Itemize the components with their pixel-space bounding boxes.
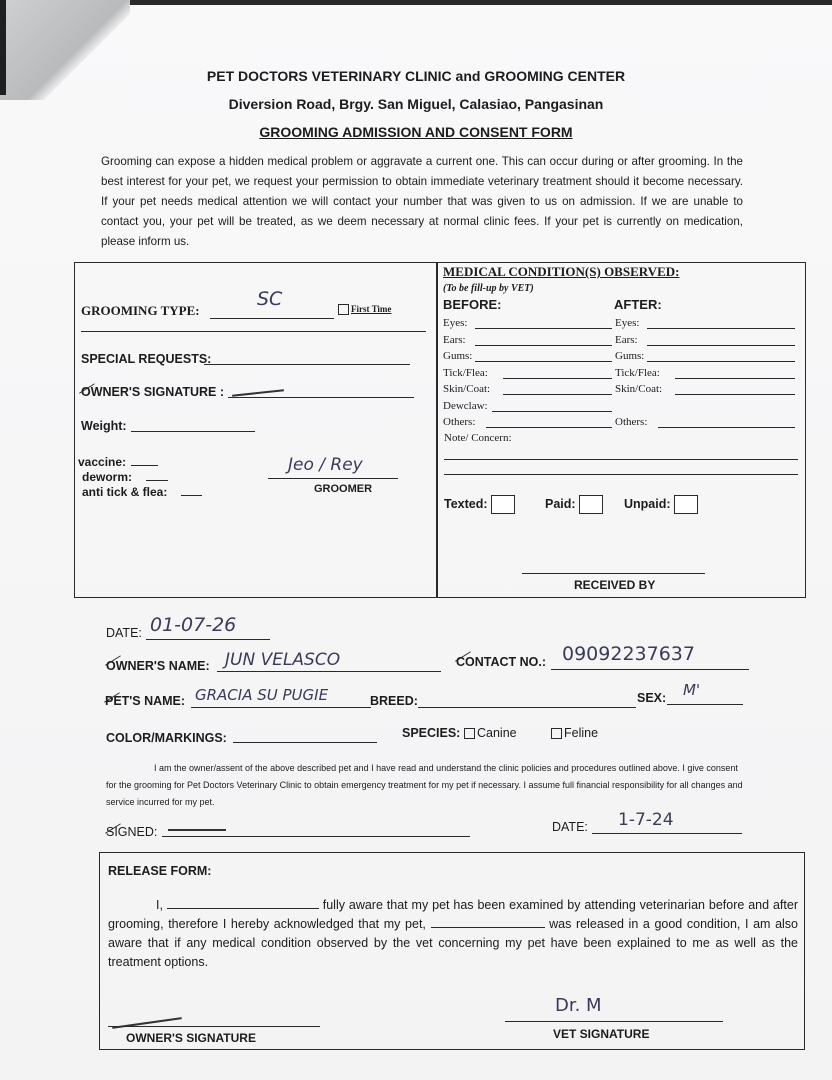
breed-label: BREED:: [370, 694, 418, 708]
species-label: SPECIES:: [402, 726, 460, 740]
texted-checkbox[interactable]: Texted:: [444, 495, 515, 514]
pet-name-label: PET'S NAME:: [105, 694, 185, 708]
before-field-input[interactable]: [503, 394, 612, 395]
before-field-input[interactable]: [503, 378, 612, 379]
release-text-1: I,: [156, 898, 167, 912]
after-field-label: Ears:: [615, 334, 638, 346]
consent-text: I am the owner/assent of the above descr…: [106, 760, 750, 811]
before-field-input[interactable]: [492, 411, 612, 412]
release-pet-field[interactable]: [431, 915, 545, 928]
paid-box[interactable]: [579, 495, 603, 514]
feline-label: Feline: [564, 726, 598, 740]
before-field-label: Dewclaw:: [443, 400, 488, 412]
clinic-address: Diversion Road, Brgy. San Miguel, Calasi…: [0, 96, 832, 112]
signed-field[interactable]: [162, 836, 470, 837]
species-feline-option[interactable]: Feline: [551, 726, 598, 740]
canine-label: Canine: [477, 726, 517, 740]
deworm-field[interactable]: [146, 480, 168, 481]
form-title: GROOMING ADMISSION AND CONSENT FORM: [0, 124, 832, 140]
release-owner-field[interactable]: [167, 896, 319, 909]
weight-field[interactable]: [131, 431, 255, 432]
texted-label: Texted:: [444, 497, 488, 511]
before-field-label: Eyes:: [443, 317, 467, 329]
groomer-value: Jeo / Rey: [288, 455, 363, 475]
before-field-input[interactable]: [475, 361, 612, 362]
before-field-input[interactable]: [475, 345, 612, 346]
signed-scribble: [168, 829, 226, 831]
received-by-label: RECEIVED BY: [574, 578, 655, 592]
contact-value: 09092237637: [562, 643, 695, 665]
unpaid-box[interactable]: [674, 495, 698, 514]
groomer-label: GROOMER: [314, 483, 372, 495]
special-requests-label: SPECIAL REQUESTS:: [81, 352, 211, 366]
contact-field[interactable]: [551, 669, 749, 670]
after-field-label: Eyes:: [615, 317, 639, 329]
after-label: AFTER:: [614, 297, 662, 312]
before-field-label: Others:: [443, 416, 475, 428]
species-canine-option[interactable]: Canine: [464, 726, 517, 740]
color-markings-field[interactable]: [233, 742, 377, 743]
before-field-label: Gums:: [443, 350, 472, 362]
consent-date-label: DATE:: [552, 820, 588, 834]
before-field-label: Skin/Coat:: [443, 383, 490, 395]
pet-name-value: GRACIA SU PUGIE: [195, 686, 328, 704]
folded-corner: [0, 0, 130, 100]
canine-checkbox[interactable]: [464, 728, 475, 739]
medical-subtitle: (To be fill-up by VET): [443, 283, 534, 294]
antitick-label: anti tick & flea:: [82, 485, 167, 499]
after-field-input[interactable]: [675, 394, 795, 395]
before-field-label: Tick/Flea:: [443, 367, 488, 379]
owner-name-value: JUN VELASCO: [225, 650, 340, 670]
antitick-field[interactable]: [181, 495, 202, 496]
color-markings-label: COLOR/MARKINGS:: [106, 731, 227, 745]
after-field-input[interactable]: [675, 378, 795, 379]
paper-edge: [120, 0, 832, 5]
contact-label: CONTACT NO.:: [456, 655, 546, 669]
after-field-label: Gums:: [615, 350, 644, 362]
after-field-label: Others:: [615, 416, 647, 428]
clinic-name: PET DOCTORS VETERINARY CLINIC and GROOMI…: [0, 68, 832, 84]
grooming-extra-line[interactable]: [81, 331, 426, 332]
special-requests-field[interactable]: [204, 364, 410, 365]
before-field-label: Ears:: [443, 334, 466, 346]
owner-name-label: OWNER'S NAME:: [106, 659, 210, 673]
form-page: PET DOCTORS VETERINARY CLINIC and GROOMI…: [0, 0, 832, 1080]
unpaid-label: Unpaid:: [624, 497, 671, 511]
weight-label: Weight:: [81, 419, 127, 433]
before-field-input[interactable]: [486, 427, 612, 428]
after-field-input[interactable]: [658, 427, 795, 428]
owner-name-field[interactable]: [217, 671, 441, 672]
feline-checkbox[interactable]: [551, 728, 562, 739]
unpaid-checkbox[interactable]: Unpaid:: [624, 495, 698, 514]
after-field-input[interactable]: [647, 345, 795, 346]
texted-box[interactable]: [491, 495, 515, 514]
first-time-label: First Time: [351, 304, 391, 314]
deworm-label: deworm:: [82, 470, 132, 484]
release-owner-signature-label: OWNER'S SIGNATURE: [126, 1031, 256, 1045]
vaccine-label: vaccine:: [78, 455, 126, 469]
after-field-input[interactable]: [647, 328, 795, 329]
signed-label: SIGNED:: [106, 825, 157, 839]
release-title: RELEASE FORM:: [108, 864, 211, 878]
grooming-type-field[interactable]: [210, 318, 334, 319]
consent-date-value: 1-7-24: [618, 810, 674, 830]
date-field[interactable]: [146, 639, 270, 640]
received-by-field[interactable]: [522, 573, 705, 574]
before-field-input[interactable]: [475, 328, 612, 329]
first-time-box[interactable]: [338, 304, 349, 315]
note-line-1[interactable]: [444, 459, 798, 460]
vet-signature-label: VET SIGNATURE: [553, 1027, 649, 1041]
after-field-input[interactable]: [647, 361, 795, 362]
after-field-label: Skin/Coat:: [615, 383, 662, 395]
owner-signature-label: OWNER'S SIGNATURE :: [81, 385, 224, 399]
consent-date-field[interactable]: [592, 833, 742, 834]
release-owner-signature-field[interactable]: [108, 1026, 320, 1027]
sex-field[interactable]: [667, 704, 743, 705]
paid-label: Paid:: [545, 497, 576, 511]
note-line-2[interactable]: [444, 474, 798, 475]
vet-signature-field[interactable]: [505, 1021, 723, 1022]
intro-paragraph: Grooming can expose a hidden medical pro…: [101, 152, 743, 252]
grooming-type-value: SC: [257, 288, 282, 310]
owner-signature-field[interactable]: [228, 397, 414, 398]
pet-name-field[interactable]: [191, 707, 371, 708]
breed-field[interactable]: [418, 707, 636, 708]
groomer-field[interactable]: [268, 478, 398, 479]
sex-label: SEX:: [637, 691, 666, 705]
before-label: BEFORE:: [443, 297, 502, 312]
medical-title: MEDICAL CONDITION(S) OBSERVED:: [443, 264, 679, 280]
first-time-checkbox[interactable]: First Time: [338, 304, 391, 315]
release-text: I, fully aware that my pet has been exam…: [108, 896, 798, 972]
date-value: 01-07-26: [150, 614, 236, 636]
vaccine-field[interactable]: [131, 465, 158, 466]
vet-signature-value: Dr. M: [555, 995, 602, 1016]
consent-paragraph: I am the owner/assent of the above descr…: [106, 763, 743, 807]
after-field-label: Tick/Flea:: [615, 367, 660, 379]
note-label: Note/ Concern:: [444, 432, 512, 444]
paid-checkbox[interactable]: Paid:: [545, 495, 603, 514]
grooming-type-label: GROOMING TYPE:: [81, 303, 200, 319]
date-label: DATE:: [106, 626, 142, 640]
box-divider: [436, 263, 438, 597]
sex-value: M': [683, 681, 700, 699]
